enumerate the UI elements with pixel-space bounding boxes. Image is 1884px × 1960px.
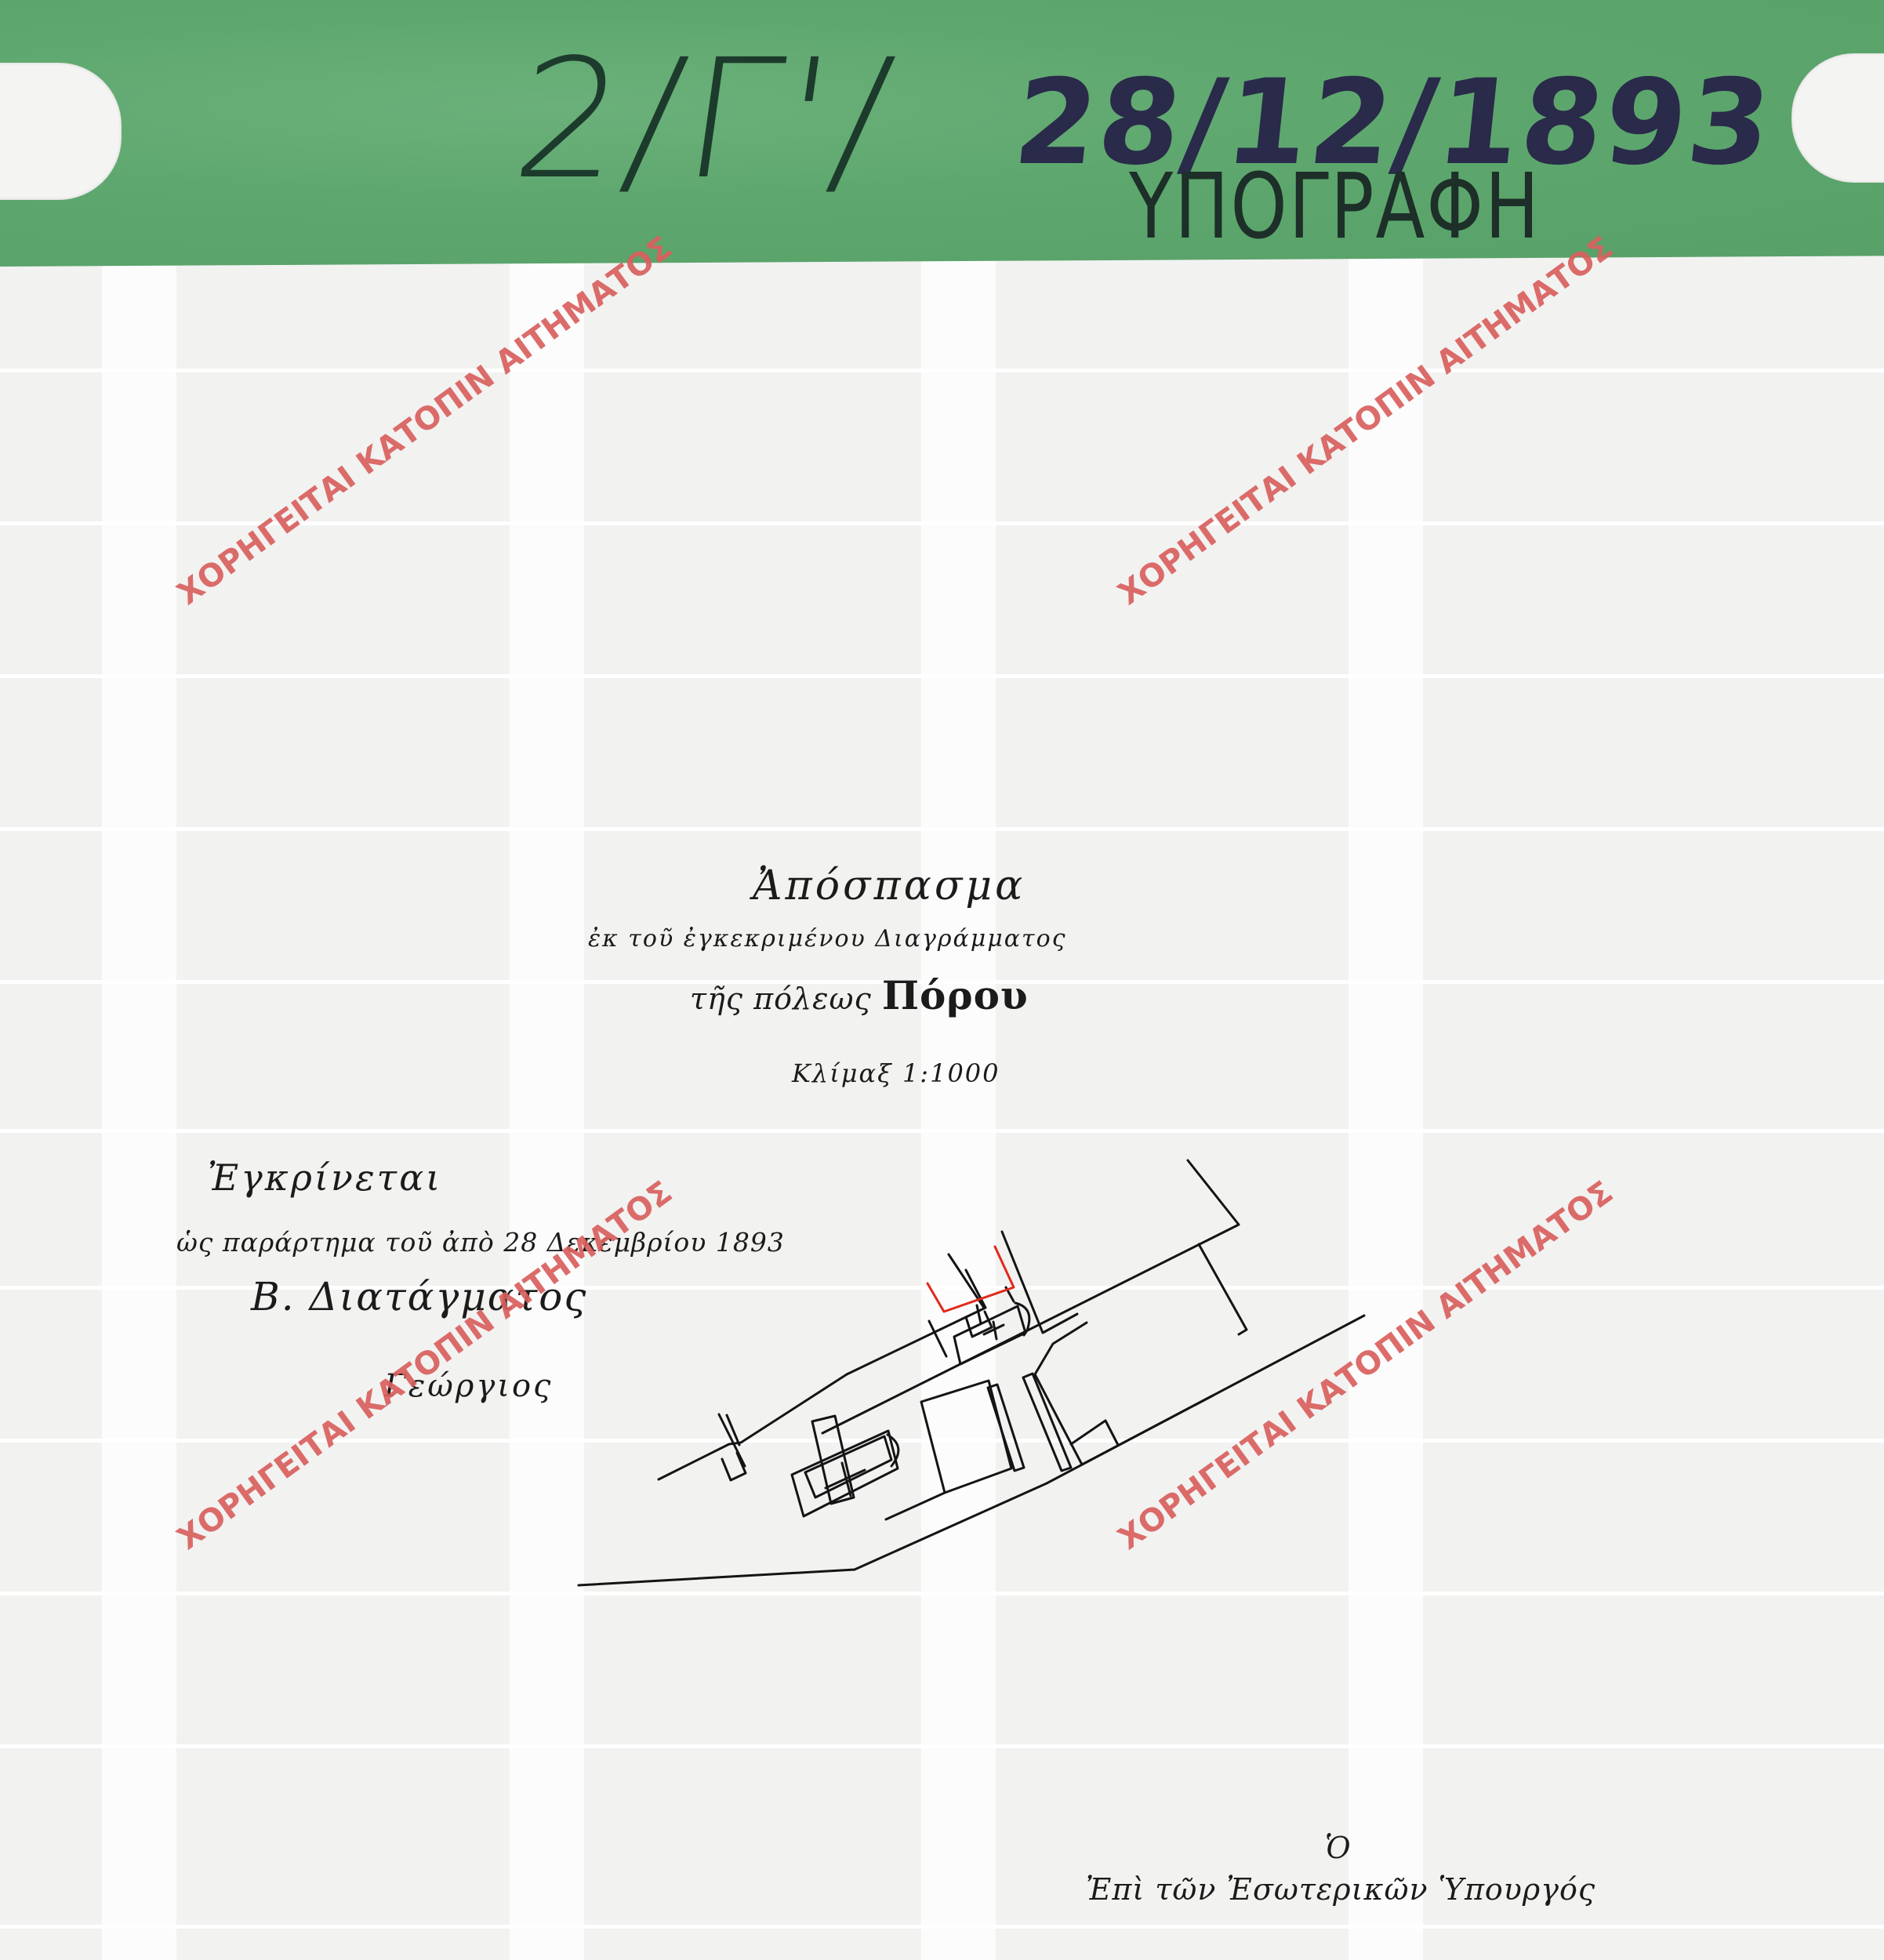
waterfront-edge <box>822 1160 1239 1433</box>
central-block <box>921 1381 1011 1493</box>
town-plan-sketch <box>0 0 1884 1960</box>
church-building-2 <box>954 1306 1025 1364</box>
